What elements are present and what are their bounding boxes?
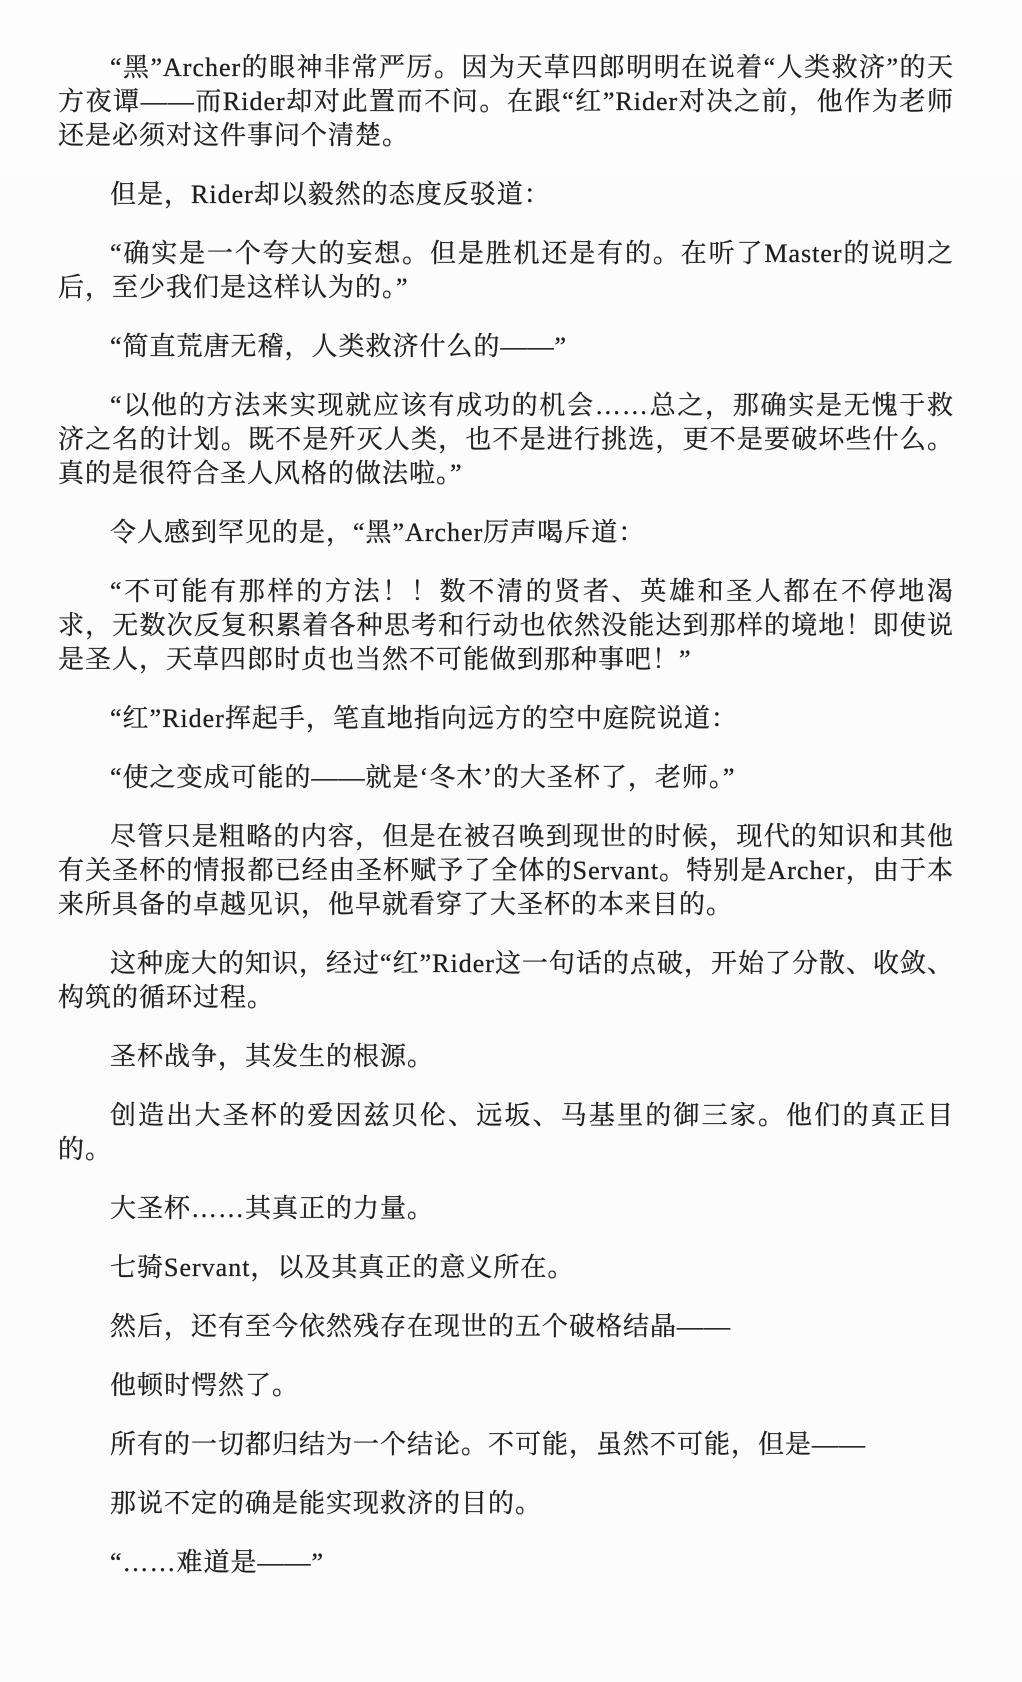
paragraph: “黑”Archer的眼神非常严厉。因为天草四郎明明在说着“人类救济”的天方夜谭—… [58,51,954,153]
paragraph: “简直荒唐无稽，人类救济什么的——” [58,330,954,364]
paragraph: 但是，Rider却以毅然的态度反驳道： [58,178,954,212]
paragraph: 七骑Servant，以及其真正的意义所在。 [58,1251,954,1285]
paragraph: 尽管只是粗略的内容，但是在被召唤到现世的时候，现代的知识和其他有关圣杯的情报都已… [58,820,954,922]
novel-page: “黑”Archer的眼神非常严厉。因为天草四郎明明在说着“人类救济”的天方夜谭—… [0,0,1022,1682]
paragraph: “红”Rider挥起手，笔直地指向远方的空中庭院说道： [58,702,954,736]
paragraph: 令人感到罕见的是，“黑”Archer厉声喝斥道： [58,516,954,550]
paragraph: 创造出大圣杯的爱因兹贝伦、远坂、马基里的御三家。他们的真正目的。 [58,1099,954,1167]
paragraph: 所有的一切都归结为一个结论。不可能，虽然不可能，但是—— [58,1428,954,1462]
paragraph: “使之变成可能的——就是‘冬木’的大圣杯了，老师。” [58,761,954,795]
paragraph: 那说不定的确是能实现救济的目的。 [58,1487,954,1521]
paragraph: “不可能有那样的方法！！数不清的贤者、英雄和圣人都在不停地渴求，无数次反复积累着… [58,575,954,677]
paragraph: 他顿时愕然了。 [58,1369,954,1403]
paragraph: 这种庞大的知识，经过“红”Rider这一句话的点破，开始了分散、收敛、构筑的循环… [58,947,954,1015]
paragraph: “……难道是——” [58,1546,954,1580]
paragraph: “确实是一个夸大的妄想。但是胜机还是有的。在听了Master的说明之后，至少我们… [58,237,954,305]
paragraph: 大圣杯……其真正的力量。 [58,1192,954,1226]
paragraph: 圣杯战争，其发生的根源。 [58,1040,954,1074]
paragraph: “以他的方法来实现就应该有成功的机会……总之，那确实是无愧于救济之名的计划。既不… [58,389,954,491]
paragraph: 然后，还有至今依然残存在现世的五个破格结晶—— [58,1310,954,1344]
